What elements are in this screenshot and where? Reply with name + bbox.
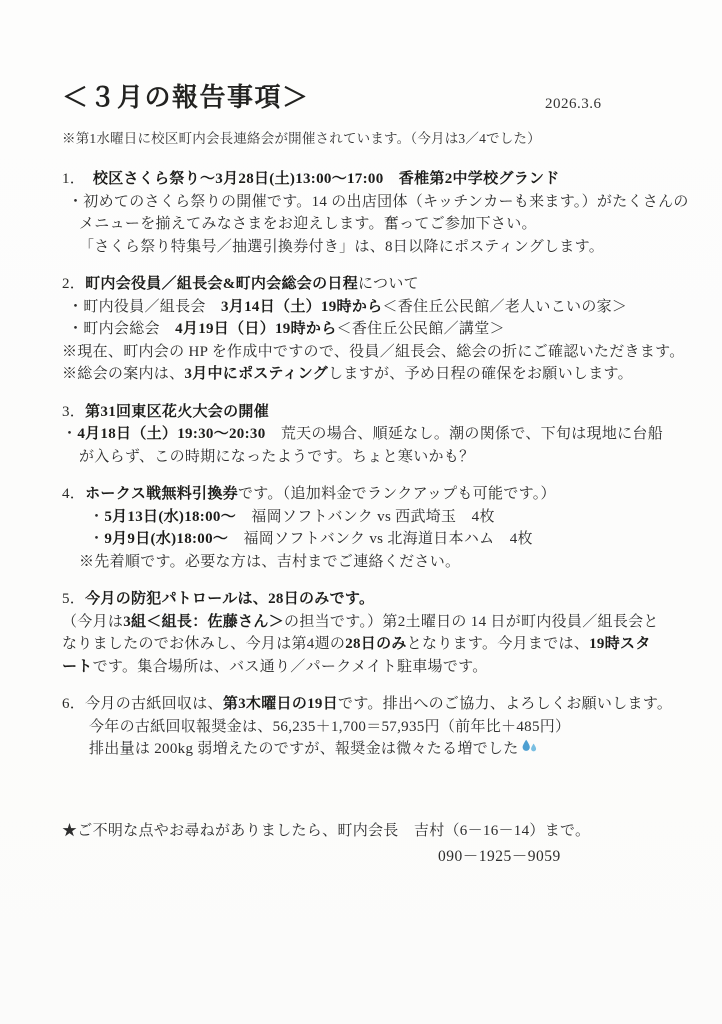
text-segment: 19時スタ [589, 636, 651, 652]
section-heading: 3．第31回東区花火大会の開催 [62, 401, 664, 424]
text-segment: 1． [62, 171, 93, 187]
text-segment: 3組＜組長：佐藤さん＞ [123, 614, 284, 630]
text-segment: 「さくら祭り特集号／抽選引換券付き」は、8日以降にポスティングします。 [79, 239, 604, 255]
text-line: ・初めてのさくら祭りの開催です。14 の出店団体（キッチンカーも来ます。）がたく… [62, 191, 664, 214]
text-line: が入らず、この時期になったようです。ちょと寒いかも？ [62, 446, 664, 469]
text-segment: 3． [62, 404, 85, 420]
text-line: ・9月9日(水)18:00～ 福岡ソフトバンク vs 北海道日本ハム 4枚 [62, 528, 664, 551]
text-line: ・町内役員／組長会 3月14日（土）19時から＜香住丘公民館／老人いこいの家＞ [62, 296, 664, 319]
text-segment: ・ [89, 509, 104, 525]
text-segment: 6．今月の古紙回収は、 [62, 696, 223, 712]
text-segment: 校区さくら祭り～3月28日(土)13:00～17:00 香椎第2中学校グランド [93, 171, 560, 187]
text-segment: （今月は [62, 614, 123, 630]
text-segment: 5月13日(水)18:00～ [104, 509, 236, 525]
text-segment: しますが、予め日程の確保をお願いします。 [328, 366, 633, 382]
text-line: （今月は3組＜組長：佐藤さん＞の担当です。）第2土曜日の 14 日が町内役員／組… [62, 611, 664, 634]
text-segment: ・初めてのさくら祭りの開催です。14 の出店団体（キッチンカーも来ます。）がたく… [68, 194, 689, 210]
section-heading: 4．ホークス戦無料引換券です。（追加料金でランクアップも可能です。） [62, 483, 664, 506]
section-heading: 2．町内会役員／組長会&町内会総会の日程について [62, 273, 664, 296]
text-segment: ＜香住丘公民館／老人いこいの家＞ [382, 299, 627, 315]
text-segment: 3月14日（土）19時から [221, 299, 382, 315]
header-note: ※第1水曜日に校区町内会長連絡会が開催されています。（今月は3／4でした） [62, 127, 664, 147]
text-segment: 荒天の場合、順延なし。潮の関係で、下旬は現地に台船 [266, 426, 664, 442]
text-segment: 第31回東区花火大会の開催 [85, 404, 269, 420]
text-line: ・町内会総会 4月19日（日）19時から＜香住丘公民館／講堂＞ [62, 318, 664, 341]
text-segment: 福岡ソフトバンク vs 西武埼玉 4枚 [236, 509, 495, 525]
text-segment: となります。今月までは、 [407, 636, 589, 652]
title-row: ＜３月の報告事項＞ 2026.3.6 [62, 82, 664, 120]
section-patrol: 5．今月の防犯パトロールは、28日のみです。（今月は3組＜組長：佐藤さん＞の担当… [62, 588, 664, 678]
sections: 1． 校区さくら祭り～3月28日(土)13:00～17:00 香椎第2中学校グラ… [62, 168, 664, 763]
text-line: 今年の古紙回収報奨金は、56,235＋1,700＝57,935円（前年比＋485… [62, 716, 664, 739]
text-line: ・4月18日（土）19:30～20:30 荒天の場合、順延なし。潮の関係で、下旬… [62, 423, 664, 446]
text-segment: ホークス戦無料引換券 [85, 486, 238, 502]
text-segment: 3月中にポスティング [184, 366, 328, 382]
section-meetings-schedule: 2．町内会役員／組長会&町内会総会の日程について・町内役員／組長会 3月14日（… [62, 273, 664, 386]
text-segment: なりましたのでお休みし、今月は第4週の [62, 636, 345, 652]
section-heading: 5．今月の防犯パトロールは、28日のみです。 [62, 588, 664, 611]
document-content: ＜３月の報告事項＞ 2026.3.6 ※第1水曜日に校区町内会長連絡会が開催され… [0, 0, 722, 869]
text-segment: 4月18日（土）19:30～20:30 [77, 426, 265, 442]
text-segment: メニューを揃えてみなさまをお迎えします。奮ってご参加下さい。 [79, 216, 537, 232]
text-segment: 福岡ソフトバンク vs 北海道日本ハム 4枚 [228, 531, 533, 547]
text-segment: が入らず、この時期になったようです。ちょと寒いかも？ [79, 449, 474, 465]
section-hawks-tickets: 4．ホークス戦無料引換券です。（追加料金でランクアップも可能です。）・5月13日… [62, 483, 664, 573]
text-line: ※現在、町内会の HP を作成中ですので、役員／組長会、総会の折にご確認いただき… [62, 341, 664, 364]
text-segment: の担当です。）第2土曜日の 14 日が町内役員／組長会と [284, 614, 659, 630]
text-segment: について [358, 276, 419, 292]
text-segment: 2． [62, 276, 85, 292]
text-segment: 4月19日（日）19時から [175, 321, 336, 337]
document-date: 2026.3.6 [545, 96, 602, 113]
text-segment: 町内会役員／組長会&町内会総会の日程 [85, 276, 358, 292]
text-segment: ・ [89, 531, 104, 547]
text-segment: 今月の防犯パトロールは、28日のみです。 [85, 591, 374, 607]
footer-contact: ★ご不明な点やお尋ねがありましたら、町内会長 吉村（6－16－14）まで。 [62, 819, 664, 844]
text-segment: 4． [62, 486, 85, 502]
text-segment: 28日のみ [345, 636, 407, 652]
section-heading: 1． 校区さくら祭り～3月28日(土)13:00～17:00 香椎第2中学校グラ… [62, 168, 664, 191]
text-line: メニューを揃えてみなさまをお迎えします。奮ってご参加下さい。 [62, 213, 664, 236]
text-line: なりましたのでお休みし、今月は第4週の28日のみとなります。今月までは、19時ス… [62, 633, 664, 656]
text-line: 「さくら祭り特集号／抽選引換券付き」は、8日以降にポスティングします。 [62, 236, 664, 259]
text-segment: 排出量は 200kg 弱増えたのですが、報奨金は微々たる増でした [89, 741, 519, 757]
section-paper-recycling: 6．今月の古紙回収は、第3木曜日の19日です。排出へのご協力、よろしくお願いしま… [62, 693, 664, 763]
text-segment: ＜香住丘公民館／講堂＞ [337, 321, 505, 337]
text-segment: ※総会の案内は、 [62, 366, 184, 382]
section-sakura-festival: 1． 校区さくら祭り～3月28日(土)13:00～17:00 香椎第2中学校グラ… [62, 168, 664, 258]
text-line: 排出量は 200kg 弱増えたのですが、報奨金は微々たる増でした [62, 738, 664, 763]
text-segment: 9月9日(水)18:00～ [104, 531, 228, 547]
text-line: ※先着順です。必要な方は、吉村までご連絡ください。 [62, 551, 664, 574]
text-segment: ※先着順です。必要な方は、吉村までご連絡ください。 [79, 554, 460, 570]
text-segment: 今年の古紙回収報奨金は、56,235＋1,700＝57,935円（前年比＋485… [89, 719, 570, 735]
text-segment: です。（追加料金でランクアップも可能です。） [238, 486, 556, 502]
text-segment: です。集合場所は、バス通り／パークメイト駐車場です。 [93, 659, 488, 675]
section-heading: 6．今月の古紙回収は、第3木曜日の19日です。排出へのご協力、よろしくお願いしま… [62, 693, 664, 716]
footer: ★ご不明な点やお尋ねがありましたら、町内会長 吉村（6－16－14）まで。 09… [62, 819, 664, 869]
text-line: ートです。集合場所は、バス通り／パークメイト駐車場です。 [62, 656, 664, 679]
text-segment: 第3木曜日の19日 [223, 696, 338, 712]
text-segment: ート [62, 659, 93, 675]
section-fireworks: 3．第31回東区花火大会の開催・4月18日（土）19:30～20:30 荒天の場… [62, 401, 664, 469]
text-segment: 5． [62, 591, 85, 607]
text-segment: ※現在、町内会の HP を作成中ですので、役員／組長会、総会の折にご確認いただき… [62, 344, 685, 360]
sweat-droplets-icon [521, 739, 538, 763]
text-segment: ・ [62, 426, 77, 442]
text-segment: ・町内会総会 [68, 321, 175, 337]
text-segment: です。排出へのご協力、よろしくお願いします。 [338, 696, 672, 712]
scanned-document-page: ＜３月の報告事項＞ 2026.3.6 ※第1水曜日に校区町内会長連絡会が開催され… [0, 0, 722, 1024]
text-line: ・5月13日(水)18:00～ 福岡ソフトバンク vs 西武埼玉 4枚 [62, 506, 664, 529]
footer-phone: 090－1925－9059 [62, 844, 664, 869]
text-segment: ・町内役員／組長会 [68, 299, 221, 315]
text-line: ※総会の案内は、3月中にポスティングしますが、予め日程の確保をお願いします。 [62, 363, 664, 386]
